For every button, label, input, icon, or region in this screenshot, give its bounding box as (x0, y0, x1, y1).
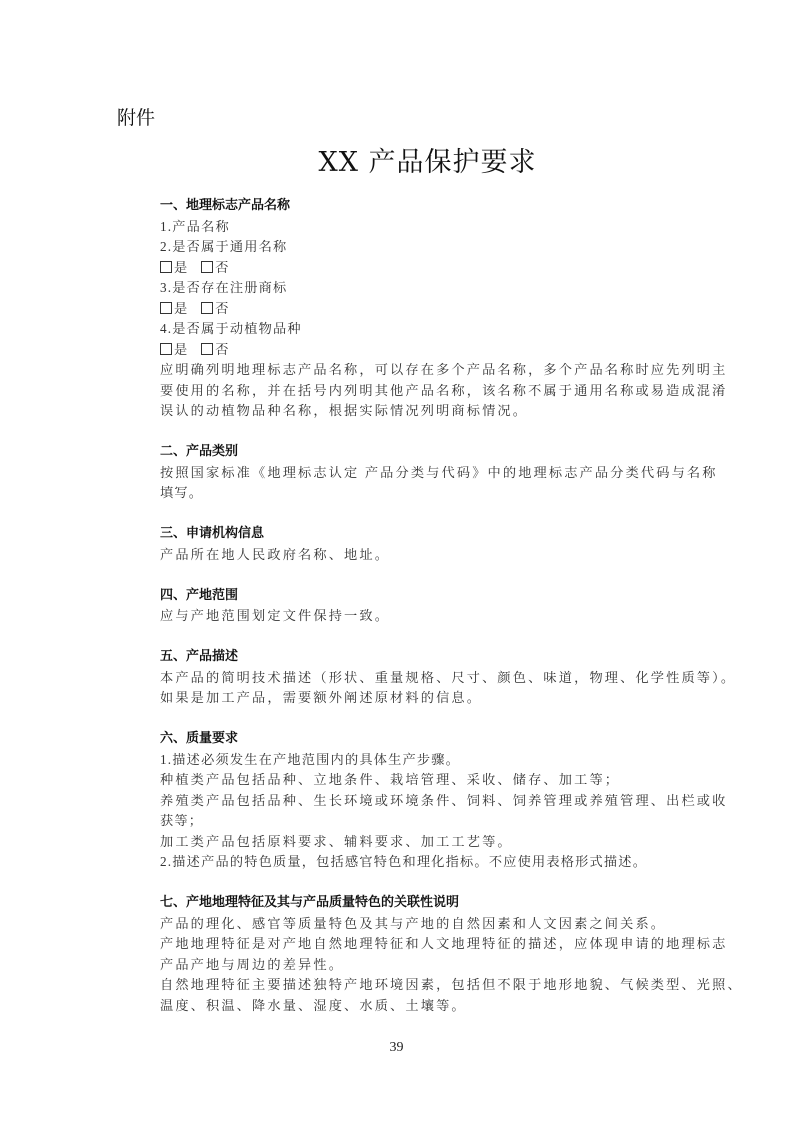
body-text-line: 1.产品名称 (160, 217, 636, 238)
option-no-label: 否 (215, 301, 228, 316)
section-5: 五、产品描述本产品的简明技术描述（形状、重量规格、尺寸、颜色、味道，物理、化学性… (160, 647, 636, 709)
section-3: 三、申请机构信息产品所在地人民政府名称、地址。 (160, 524, 636, 565)
document-body: 一、地理标志产品名称1.产品名称2.是否属于通用名称是否3.是否存在注册商标是否… (160, 196, 636, 1037)
body-text-line: 产品所在地人民政府名称、地址。 (160, 545, 636, 566)
section-heading: 四、产地范围 (160, 586, 636, 607)
section-4: 四、产地范围应与产地范围划定文件保持一致。 (160, 586, 636, 627)
body-text-line: 加工类产品包括原料要求、辅料要求、加工工艺等。 (160, 832, 636, 853)
body-text-line: 1.描述必须发生在产地范围内的具体生产步骤。 (160, 750, 636, 771)
body-text-line: 产品产地与周边的差异性。 (160, 955, 636, 976)
option-yes[interactable]: 是 (160, 342, 187, 357)
section-heading: 一、地理标志产品名称 (160, 196, 636, 217)
option-yes-label: 是 (174, 301, 187, 316)
section-7: 七、产地地理特征及其与产品质量特色的关联性说明产品的理化、感官等质量特色及其与产… (160, 893, 636, 1016)
body-text-line: 误认的动植物品种名称，根据实际情况列明商标情况。 (160, 401, 636, 422)
checkbox-icon[interactable] (201, 261, 213, 273)
body-text-line: 如果是加工产品，需要额外阐述原材料的信息。 (160, 688, 636, 709)
body-text-line: 本产品的简明技术描述（形状、重量规格、尺寸、颜色、味道，物理、化学性质等）。 (160, 668, 636, 689)
checkbox-icon[interactable] (201, 302, 213, 314)
body-text-line: 应与产地范围划定文件保持一致。 (160, 606, 636, 627)
body-text-line: 2.是否属于通用名称 (160, 237, 636, 258)
yes-no-options: 是否 (160, 299, 636, 320)
option-yes-label: 是 (174, 342, 187, 357)
body-text-line: 2.描述产品的特色质量，包括感官特色和理化指标。不应使用表格形式描述。 (160, 852, 636, 873)
body-text-line: 种植类产品包括品种、立地条件、栽培管理、采收、储存、加工等； (160, 770, 636, 791)
option-yes-label: 是 (174, 260, 187, 275)
body-text-line: 产品的理化、感官等质量特色及其与产地的自然因素和人文因素之间关系。 (160, 914, 636, 935)
section-6: 六、质量要求1.描述必须发生在产地范围内的具体生产步骤。种植类产品包括品种、立地… (160, 729, 636, 873)
body-text-line: 填写。 (160, 483, 636, 504)
option-no[interactable]: 否 (201, 342, 228, 357)
section-1: 一、地理标志产品名称1.产品名称2.是否属于通用名称是否3.是否存在注册商标是否… (160, 196, 636, 422)
section-heading: 二、产品类别 (160, 442, 636, 463)
body-text-line: 3.是否存在注册商标 (160, 278, 636, 299)
option-no[interactable]: 否 (201, 260, 228, 275)
option-no[interactable]: 否 (201, 301, 228, 316)
body-text-line: 按照国家标准《地理标志认定 产品分类与代码》中的地理标志产品分类代码与名称 (160, 463, 636, 484)
checkbox-icon[interactable] (201, 343, 213, 355)
option-no-label: 否 (215, 342, 228, 357)
section-heading: 三、申请机构信息 (160, 524, 636, 545)
body-text-line: 自然地理特征主要描述独特产地环境因素，包括但不限于地形地貌、气候类型、光照、 (160, 975, 636, 996)
page-title: XX 产品保护要求 (0, 140, 793, 179)
section-heading: 五、产品描述 (160, 647, 636, 668)
yes-no-options: 是否 (160, 340, 636, 361)
body-text-line: 获等； (160, 811, 636, 832)
option-no-label: 否 (215, 260, 228, 275)
body-text-line: 4.是否属于动植物品种 (160, 319, 636, 340)
checkbox-icon[interactable] (160, 302, 172, 314)
section-heading: 七、产地地理特征及其与产品质量特色的关联性说明 (160, 893, 636, 914)
checkbox-icon[interactable] (160, 343, 172, 355)
attachment-label: 附件 (117, 103, 155, 130)
section-heading: 六、质量要求 (160, 729, 636, 750)
section-2: 二、产品类别按照国家标准《地理标志认定 产品分类与代码》中的地理标志产品分类代码… (160, 442, 636, 504)
body-text-line: 产地地理特征是对产地自然地理特征和人文地理特征的描述，应体现申请的地理标志 (160, 934, 636, 955)
body-text-line: 养殖类产品包括品种、生长环境或环境条件、饲料、饲养管理或养殖管理、出栏或收 (160, 791, 636, 812)
body-text-line: 温度、积温、降水量、湿度、水质、土壤等。 (160, 996, 636, 1017)
body-text-line: 要使用的名称，并在括号内列明其他产品名称，该名称不属于通用名称或易造成混淆 (160, 381, 636, 402)
yes-no-options: 是否 (160, 258, 636, 279)
body-text-line: 应明确列明地理标志产品名称，可以存在多个产品名称，多个产品名称时应先列明主 (160, 360, 636, 381)
option-yes[interactable]: 是 (160, 260, 187, 275)
document-page: 附件 XX 产品保护要求 一、地理标志产品名称1.产品名称2.是否属于通用名称是… (0, 0, 793, 1122)
option-yes[interactable]: 是 (160, 301, 187, 316)
checkbox-icon[interactable] (160, 261, 172, 273)
page-number: 39 (0, 1040, 793, 1056)
